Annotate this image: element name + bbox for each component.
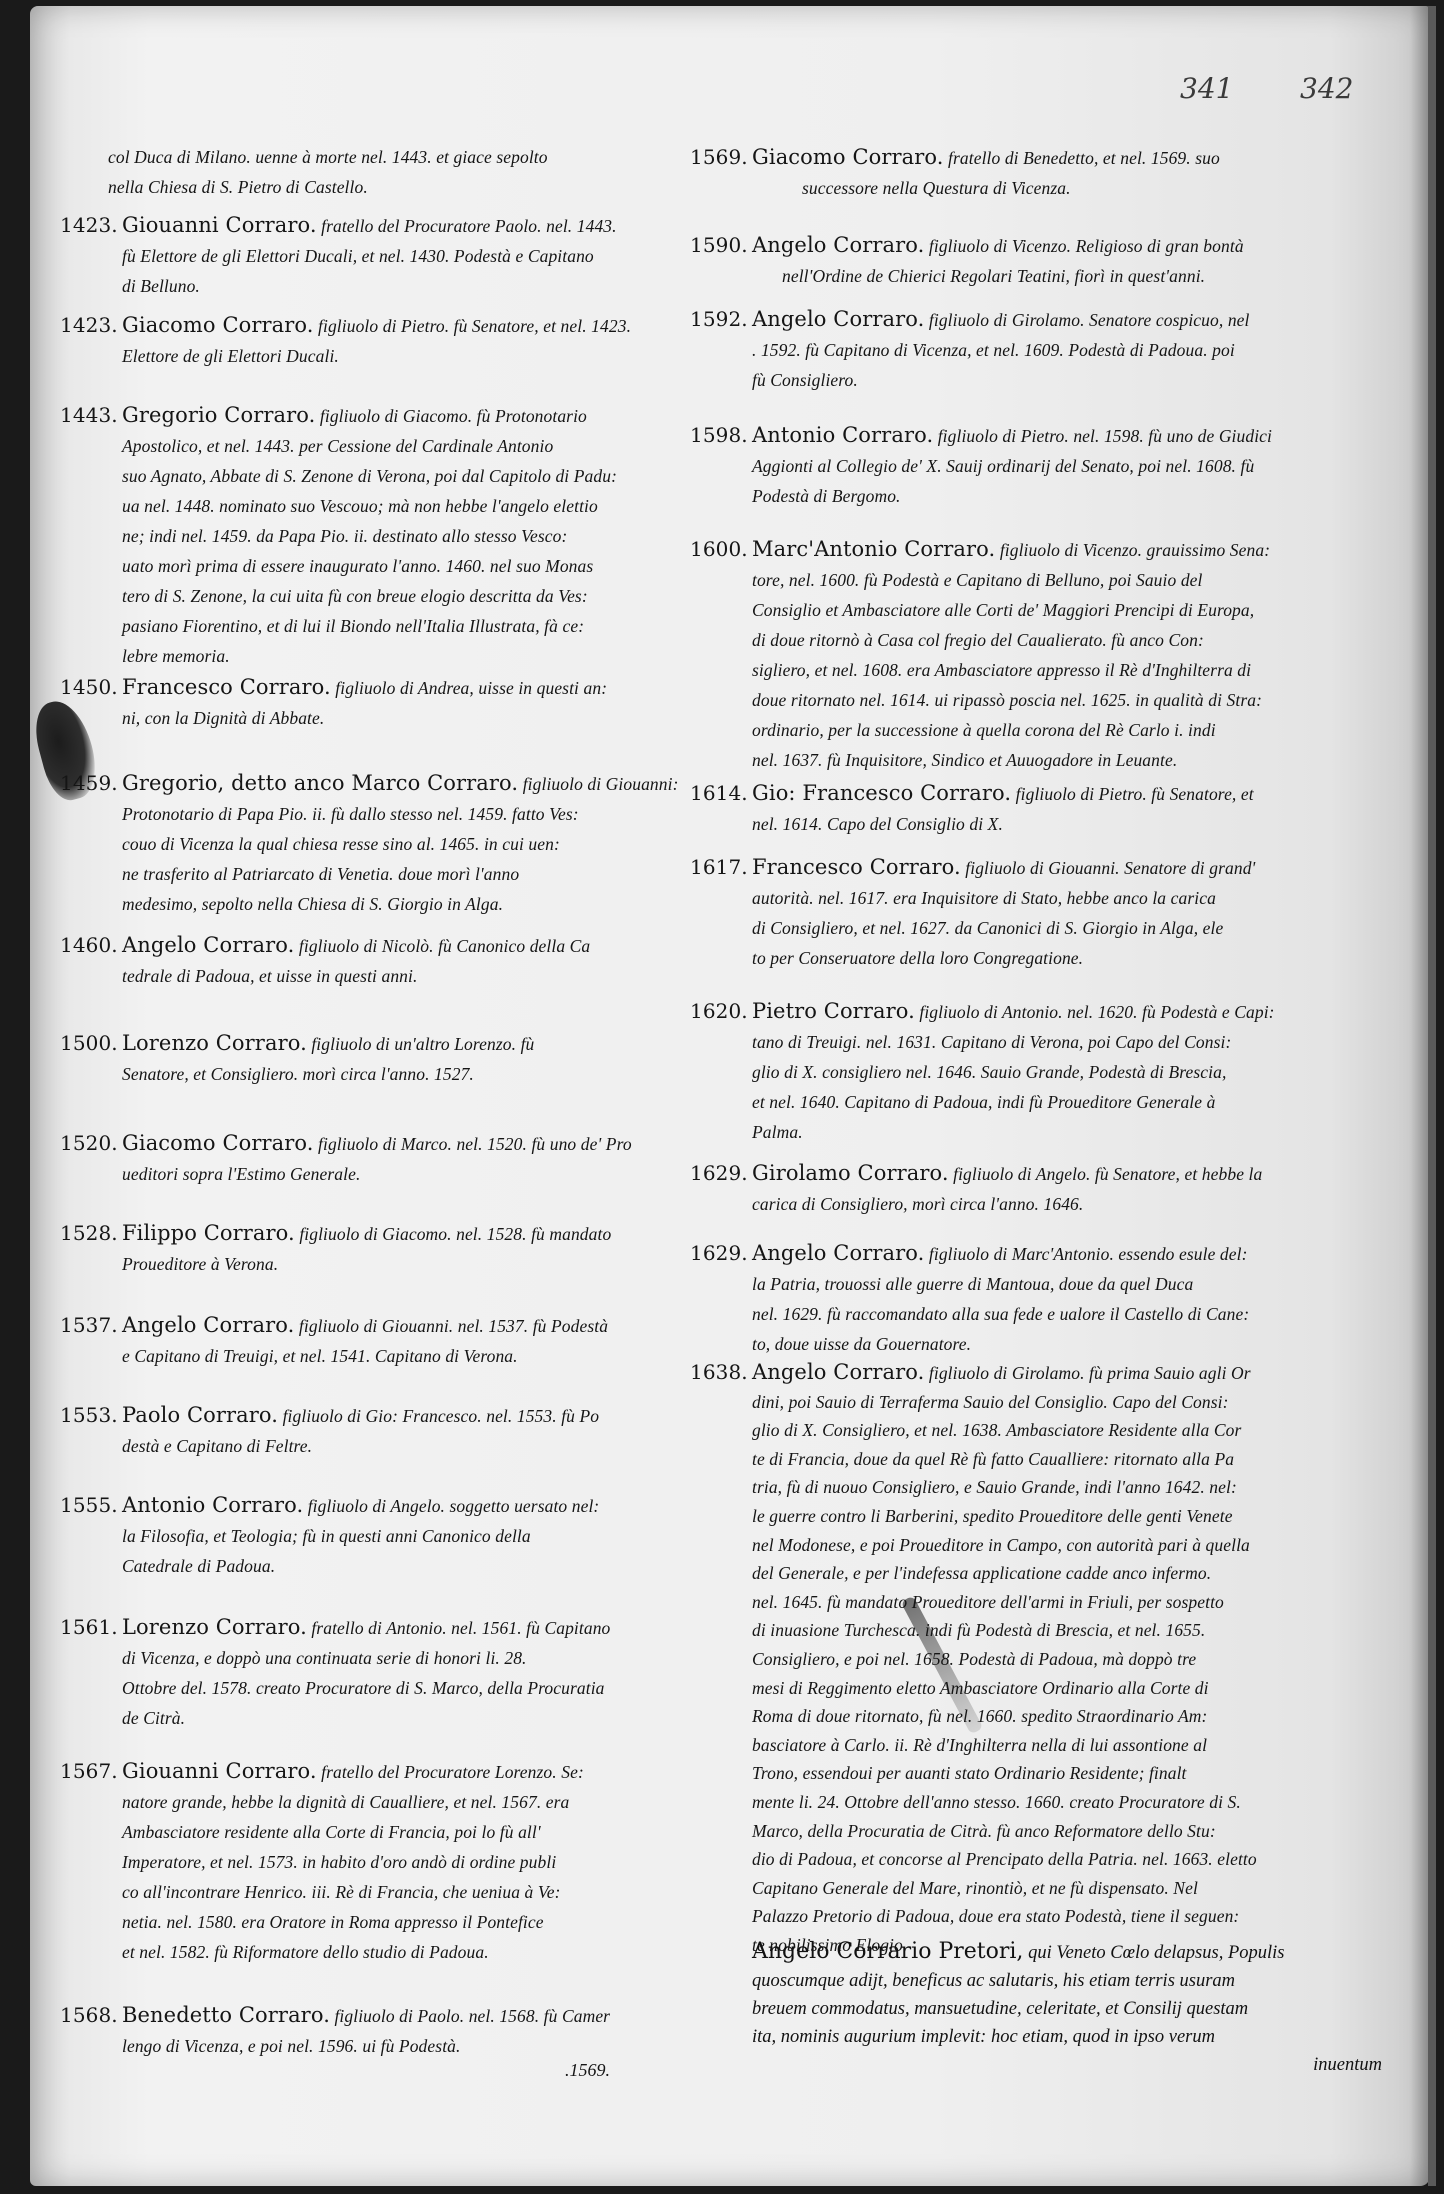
- text-line: del Generale, e per l'indefessa applicat…: [752, 1559, 1257, 1588]
- entry-name: Giacomo Corraro.: [122, 1131, 314, 1155]
- text-line: di doue ritornò à Casa col fregio del Ca…: [752, 625, 1270, 655]
- text-line: qui Veneto Cœlo delapsus, Populis: [1028, 1943, 1284, 1963]
- text-line: Marco, della Procuratia de Citrà. fù anc…: [752, 1817, 1257, 1846]
- entry-name: Angelo Corraro.: [122, 933, 294, 957]
- entry-1460-angelo: 1460. Angelo Corraro. figliuolo di Nicol…: [122, 930, 590, 991]
- entry-year: 1459.: [60, 768, 118, 798]
- text-line: glio di X. consigliero nel. 1646. Sauio …: [752, 1057, 1275, 1087]
- text-line: Apostolico, et nel. 1443. per Cessione d…: [122, 431, 617, 461]
- text-line: basciatore à Carlo. ii. Rè d'Inghilterra…: [752, 1731, 1257, 1760]
- text-line: autorità. nel. 1617. era Inquisitore di …: [752, 883, 1255, 913]
- entry-year: 1600.: [690, 534, 748, 564]
- text-line: di Vicenza, e doppò una continuata serie…: [122, 1643, 610, 1673]
- text-line: figliuolo di Girolamo. fù prima Sauio ag…: [929, 1363, 1251, 1383]
- entry-name: Benedetto Corraro.: [122, 2003, 330, 2027]
- text-line: tano di Treuigi. nel. 1631. Capitano di …: [752, 1027, 1275, 1057]
- text-line: figliuolo di Girolamo. Senatore cospicuo…: [929, 310, 1250, 330]
- continuation-text: col Duca di Milano. uenne à morte nel. 1…: [108, 142, 548, 202]
- entry-year: 1553.: [60, 1400, 118, 1430]
- text-line: mente li. 24. Ottobre dell'anno stesso. …: [752, 1788, 1257, 1817]
- text-line: Imperatore, et nel. 1573. in habito d'or…: [122, 1847, 584, 1877]
- text-line: uato morì prima di essere inaugurato l'a…: [122, 551, 617, 581]
- text-line: couo di Vicenza la qual chiesa resse sin…: [122, 829, 679, 859]
- folio-number-alt: 342: [1300, 72, 1353, 105]
- text-line: figliuolo di Giouanni. Senatore di grand…: [965, 858, 1255, 878]
- latin-elogium: Angelo Corrario Pretori, qui Veneto Cœlo…: [752, 1938, 1392, 2079]
- entry-year: 1520.: [60, 1128, 118, 1158]
- text-line: netia. nel. 1580. era Oratore in Roma ap…: [122, 1907, 584, 1937]
- entry-1638-angelo: 1638. Angelo Corraro. figliuolo di Girol…: [752, 1358, 1257, 1959]
- text-line: Palazzo Pretorio di Padoua, doue era sta…: [752, 1902, 1257, 1931]
- entry-1500-lorenzo: 1500. Lorenzo Corraro. figliuolo di un'a…: [122, 1028, 534, 1089]
- text-line: fratello di Antonio. nel. 1561. fù Capit…: [311, 1618, 610, 1638]
- text-line: figliuolo di Pietro. fù Senatore, et: [1016, 784, 1254, 804]
- folio-number: 341: [1180, 72, 1233, 105]
- entry-name: Gregorio, detto anco Marco Corraro.: [122, 771, 518, 795]
- entry-1423-giacomo: 1423. Giacomo Corraro. figliuolo di Piet…: [122, 310, 631, 371]
- entry-name: Angelo Corraro.: [752, 1360, 924, 1384]
- text-line: pasiano Fiorentino, et di lui il Biondo …: [122, 611, 617, 641]
- text-line: figliuolo di Giacomo. nel. 1528. fù mand…: [299, 1224, 611, 1244]
- text-line: nel. 1637. fù Inquisitore, Sindico et Au…: [752, 745, 1270, 775]
- text-line: successore nella Questura di Vicenza.: [752, 173, 1220, 203]
- text-line: fù Consigliero.: [752, 365, 1250, 395]
- entry-1459-gregorio-marco: 1459. Gregorio, detto anco Marco Corraro…: [122, 768, 679, 919]
- text-line: le guerre contro li Barberini, spedito P…: [752, 1502, 1257, 1531]
- text-line: lebre memoria.: [122, 641, 617, 671]
- text-line: figliuolo di Marco. nel. 1520. fù uno de…: [318, 1134, 632, 1154]
- text-line: lengo di Vicenza, e poi nel. 1596. ui fù…: [122, 2031, 610, 2061]
- entry-1614-gio-francesco: 1614. Gio: Francesco Corraro. figliuolo …: [752, 778, 1254, 839]
- text-line: medesimo, sepolto nella Chiesa di S. Gio…: [122, 889, 679, 919]
- text-line: figliuolo di Pietro. nel. 1598. fù uno d…: [938, 426, 1272, 446]
- text-line: Protonotario di Papa Pio. ii. fù dallo s…: [122, 799, 679, 829]
- entry-year: 1423.: [60, 310, 118, 340]
- entry-year: 1561.: [60, 1612, 118, 1642]
- text-line: figliuolo di Angelo. fù Senatore, et heb…: [953, 1164, 1262, 1184]
- text-line: nel. 1629. fù raccomandato alla sua fede…: [752, 1299, 1249, 1329]
- text-line: carica di Consigliero, morì circa l'anno…: [752, 1189, 1262, 1219]
- entry-year: 1617.: [690, 852, 748, 882]
- text-line: ita, nominis augurium implevit: hoc etia…: [752, 2027, 1215, 2047]
- text-line: ne trasferito al Patriarcato di Venetia.…: [122, 859, 679, 889]
- entry-year: 1620.: [690, 996, 748, 1026]
- text-line: sigliero, et nel. 1608. era Ambasciatore…: [752, 655, 1270, 685]
- text-line: nell'Ordine de Chierici Regolari Teatini…: [752, 261, 1244, 291]
- text-line: ordinario, per la successione à quella c…: [752, 715, 1270, 745]
- elogium-lead: Angelo Corrario Pretori,: [752, 1939, 1023, 1964]
- text-line: di Consigliero, et nel. 1627. da Canonic…: [752, 913, 1255, 943]
- entry-1600-marc-antonio: 1600. Marc'Antonio Corraro. figliuolo di…: [752, 534, 1270, 775]
- entry-name: Giacomo Corraro.: [122, 313, 314, 337]
- text-line: figliuolo di un'altro Lorenzo. fù: [311, 1034, 534, 1054]
- text-line: figliuolo di Gio: Francesco. nel. 1553. …: [283, 1406, 600, 1426]
- entry-1629-girolamo: 1629. Girolamo Corraro. figliuolo di Ang…: [752, 1158, 1262, 1219]
- text-line: Roma di doue ritornato, fù nel. 1660. sp…: [752, 1702, 1257, 1731]
- entry-year: 1568.: [60, 2000, 118, 2030]
- entry-1553-paolo: 1553. Paolo Corraro. figliuolo di Gio: F…: [122, 1400, 599, 1461]
- entry-name: Marc'Antonio Corraro.: [752, 537, 995, 561]
- entry-year: 1460.: [60, 930, 118, 960]
- text-line: Catedrale di Padoua.: [122, 1551, 599, 1581]
- entry-year: 1598.: [690, 420, 748, 450]
- entry-year: 1443.: [60, 400, 118, 430]
- entry-year: 1590.: [690, 230, 748, 260]
- text-line: ne; indi nel. 1459. da Papa Pio. ii. des…: [122, 521, 617, 551]
- text-line: doue ritornato nel. 1614. ui ripassò pos…: [752, 685, 1270, 715]
- entry-name: Francesco Corraro.: [752, 855, 961, 879]
- entry-year: 1629.: [690, 1158, 748, 1188]
- text-line: et nel. 1640. Capitano di Padoua, indi f…: [752, 1087, 1275, 1117]
- entry-name: Angelo Corraro.: [752, 1241, 924, 1265]
- text-line: Capitano Generale del Mare, rinontiò, et…: [752, 1874, 1257, 1903]
- text-line: figliuolo di Angelo. soggetto uersato ne…: [308, 1496, 600, 1516]
- entry-name: Antonio Corraro.: [122, 1493, 303, 1517]
- entry-name: Angelo Corraro.: [752, 233, 924, 257]
- entry-1528-filippo: 1528. Filippo Corraro. figliuolo di Giac…: [122, 1218, 611, 1279]
- text-line: quoscumque adijt, beneficus ac salutaris…: [752, 1971, 1235, 1991]
- text-line: et nel. 1582. fù Riformatore dello studi…: [122, 1937, 584, 1967]
- text-line: glio di X. Consigliero, et nel. 1638. Am…: [752, 1416, 1257, 1445]
- entry-1443-gregorio: 1443. Gregorio Corraro. figliuolo di Gia…: [122, 400, 617, 671]
- entry-name: Gio: Francesco Corraro.: [752, 781, 1011, 805]
- entry-year: 1555.: [60, 1490, 118, 1520]
- text-line: ueditori sopra l'Estimo Generale.: [122, 1159, 632, 1189]
- entry-1568-benedetto: 1568. Benedetto Corraro. figliuolo di Pa…: [122, 2000, 610, 2061]
- entry-1555-antonio: 1555. Antonio Corraro. figliuolo di Ange…: [122, 1490, 599, 1581]
- text-line: figliuolo di Andrea, uisse in questi an:: [335, 678, 607, 698]
- text-line: di inuasione Turchesca. indi fù Podestà …: [752, 1616, 1257, 1645]
- entry-1620-pietro: 1620. Pietro Corraro. figliuolo di Anton…: [752, 996, 1275, 1147]
- entry-year: 1629.: [690, 1238, 748, 1268]
- text-line: figliuolo di Vicenzo. grauissimo Sena:: [1000, 540, 1270, 560]
- entry-1592-angelo: 1592. Angelo Corraro. figliuolo di Girol…: [752, 304, 1250, 395]
- text-line: dini, poi Sauio di Terraferma Sauio del …: [752, 1388, 1257, 1417]
- entry-1569-giacomo: 1569. Giacomo Corraro. fratello di Bened…: [752, 142, 1220, 203]
- text-line: fratello del Procuratore Lorenzo. Se:: [321, 1762, 584, 1782]
- text-line: figliuolo di Nicolò. fù Canonico della C…: [299, 936, 590, 956]
- text-line: Proueditore à Verona.: [122, 1249, 611, 1279]
- entry-year: 1638.: [690, 1358, 748, 1387]
- text-line: col Duca di Milano. uenne à morte nel. 1…: [108, 142, 548, 172]
- text-line: Ottobre del. 1578. creato Procuratore di…: [122, 1673, 610, 1703]
- text-line: Consiglio et Ambasciatore alle Corti de'…: [752, 595, 1270, 625]
- text-line: Aggionti al Collegio de' X. Sauij ordina…: [752, 451, 1272, 481]
- entry-1590-angelo: 1590. Angelo Corraro. figliuolo di Vicen…: [752, 230, 1244, 291]
- text-line: la Patria, trouossi alle guerre di Manto…: [752, 1269, 1249, 1299]
- entry-year: 1450.: [60, 672, 118, 702]
- text-line: Ambasciatore residente alla Corte di Fra…: [122, 1817, 584, 1847]
- text-line: mesi di Reggimento eletto Ambasciatore O…: [752, 1674, 1257, 1703]
- text-line: figliuolo di Giouanni. nel. 1537. fù Pod…: [299, 1316, 608, 1336]
- catchword: .1569.: [565, 2060, 610, 2081]
- text-line: fratello di Benedetto, et nel. 1569. suo: [948, 148, 1220, 168]
- text-line: te di Francia, doue da quel Rè fù fatto …: [752, 1445, 1257, 1474]
- text-line: Senatore, et Consigliero. morì circa l'a…: [122, 1059, 534, 1089]
- text-line: suo Agnato, Abbate di S. Zenone di Veron…: [122, 461, 617, 491]
- text-line: nella Chiesa di S. Pietro di Castello.: [108, 172, 548, 202]
- entry-name: Antonio Corraro.: [752, 423, 933, 447]
- entry-year: 1500.: [60, 1028, 118, 1058]
- text-line: nel Modonese, e poi Proueditore in Campo…: [752, 1531, 1257, 1560]
- text-line: ni, con la Dignità di Abbate.: [122, 703, 607, 733]
- entry-name: Angelo Corraro.: [122, 1313, 294, 1337]
- text-line: fù Elettore de gli Elettori Ducali, et n…: [122, 241, 617, 271]
- entry-1520-giacomo: 1520. Giacomo Corraro. figliuolo di Marc…: [122, 1128, 632, 1189]
- text-line: tore, nel. 1600. fù Podestà e Capitano d…: [752, 565, 1270, 595]
- entry-year: 1423.: [60, 210, 118, 240]
- text-line: figliuolo di Antonio. nel. 1620. fù Pode…: [919, 1002, 1274, 1022]
- entry-name: Paolo Corraro.: [122, 1403, 278, 1427]
- entry-year: 1567.: [60, 1756, 118, 1786]
- entry-name: Francesco Corraro.: [122, 675, 331, 699]
- text-line: co all'incontrare Henrico. iii. Rè di Fr…: [122, 1877, 584, 1907]
- entry-year: 1592.: [690, 304, 748, 334]
- text-line: de Citrà.: [122, 1703, 610, 1733]
- text-line: nel. 1645. fù mandato Proueditore dell'a…: [752, 1588, 1257, 1617]
- entry-year: 1569.: [690, 142, 748, 172]
- entry-1617-francesco: 1617. Francesco Corraro. figliuolo di Gi…: [752, 852, 1255, 973]
- entry-1598-antonio: 1598. Antonio Corraro. figliuolo di Piet…: [752, 420, 1272, 511]
- text-line: figliuolo di Giouanni:: [523, 774, 679, 794]
- entry-1537-angelo: 1537. Angelo Corraro. figliuolo di Gioua…: [122, 1310, 608, 1371]
- entry-1561-lorenzo: 1561. Lorenzo Corraro. fratello di Anton…: [122, 1612, 610, 1733]
- entry-year: 1614.: [690, 778, 748, 808]
- text-line: figliuolo di Marc'Antonio. essendo esule…: [929, 1244, 1248, 1264]
- entry-name: Lorenzo Corraro.: [122, 1031, 307, 1055]
- entry-year: 1537.: [60, 1310, 118, 1340]
- text-line: fratello del Procuratore Paolo. nel. 144…: [321, 216, 617, 236]
- text-line: to per Conseruatore della loro Congregat…: [752, 943, 1255, 973]
- text-line: tedrale di Padoua, et uisse in questi an…: [122, 961, 590, 991]
- entry-name: Angelo Corraro.: [752, 307, 924, 331]
- entry-1629-angelo: 1629. Angelo Corraro. figliuolo di Marc'…: [752, 1238, 1249, 1359]
- text-line: to, doue uisse da Gouernatore.: [752, 1329, 1249, 1359]
- entry-name: Gregorio Corraro.: [122, 403, 315, 427]
- page-fold-edge: [1428, 6, 1436, 2186]
- entry-1423-giouanni: 1423. Giouanni Corraro. fratello del Pro…: [122, 210, 617, 301]
- text-line: Consigliero, e poi nel. 1658. Podestà di…: [752, 1645, 1257, 1674]
- entry-name: Lorenzo Corraro.: [122, 1615, 307, 1639]
- text-line: ua nel. 1448. nominato suo Vescouo; mà n…: [122, 491, 617, 521]
- text-line: la Filosofia, et Teologia; fù in questi …: [122, 1521, 599, 1551]
- text-line: figliuolo di Giacomo. fù Protonotario: [320, 406, 587, 426]
- text-line: e Capitano di Treuigi, et nel. 1541. Cap…: [122, 1341, 608, 1371]
- text-line: tero di S. Zenone, la cui uita fù con br…: [122, 581, 617, 611]
- text-line: Elettore de gli Elettori Ducali.: [122, 341, 631, 371]
- entry-name: Giacomo Corraro.: [752, 145, 944, 169]
- text-line: Palma.: [752, 1117, 1275, 1147]
- entry-name: Girolamo Corraro.: [752, 1161, 949, 1185]
- entry-name: Giouanni Corraro.: [122, 213, 317, 237]
- entry-1567-giouanni: 1567. Giouanni Corraro. fratello del Pro…: [122, 1756, 584, 1967]
- text-line: . 1592. fù Capitano di Vicenza, et nel. …: [752, 335, 1250, 365]
- text-line: figliuolo di Vicenzo. Religioso di gran …: [929, 236, 1244, 256]
- text-line: inuentum: [752, 2051, 1392, 2079]
- text-line: Trono, essendoui per auanti stato Ordina…: [752, 1759, 1257, 1788]
- entry-1450-francesco: 1450. Francesco Corraro. figliuolo di An…: [122, 672, 607, 733]
- text-line: breuem commodatus, mansuetudine, celerit…: [752, 1999, 1248, 2019]
- entry-year: 1528.: [60, 1218, 118, 1248]
- text-line: di Belluno.: [122, 271, 617, 301]
- entry-name: Giouanni Corraro.: [122, 1759, 317, 1783]
- text-line: tria, fù di nuouo Consigliero, e Sauio G…: [752, 1473, 1257, 1502]
- entry-name: Filippo Corraro.: [122, 1221, 295, 1245]
- text-line: dio di Padoua, et concorse al Prencipato…: [752, 1845, 1257, 1874]
- text-line: figliuolo di Pietro. fù Senatore, et nel…: [318, 316, 631, 336]
- text-line: figliuolo di Paolo. nel. 1568. fù Camer: [334, 2006, 610, 2026]
- text-line: natore grande, hebbe la dignità di Caual…: [122, 1787, 584, 1817]
- text-line: nel. 1614. Capo del Consiglio di X.: [752, 809, 1254, 839]
- text-line: Podestà di Bergomo.: [752, 481, 1272, 511]
- entry-name: Pietro Corraro.: [752, 999, 915, 1023]
- text-line: destà e Capitano di Feltre.: [122, 1431, 599, 1461]
